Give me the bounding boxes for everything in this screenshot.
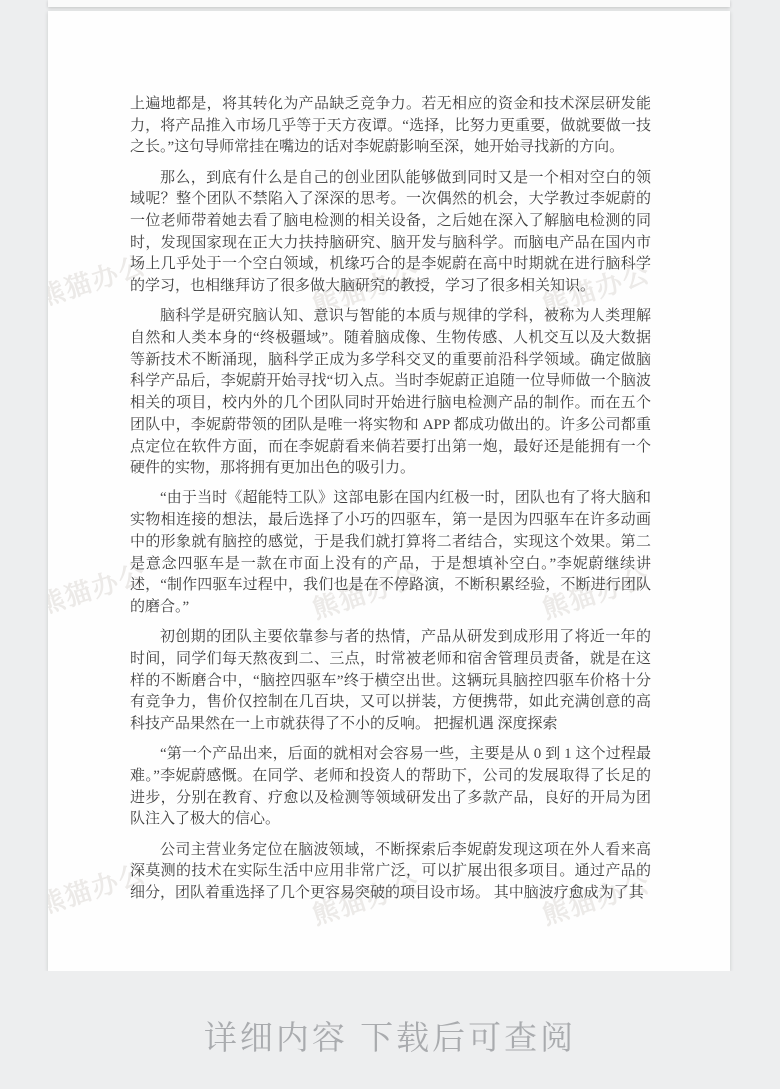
body-paragraph: 那么，到底有什么是自己的创业团队能够做到同时又是一个相对空白的领域呢？整个团队不… [130,168,651,298]
body-paragraph: “由于当时《超能特工队》这部电影在国内红极一时，团队也有了将大脑和实物相连接的想… [130,488,651,618]
previous-page-edge [48,0,730,7]
body-paragraph: 公司主营业务定位在脑波领域，不断探索后李妮蔚发现这项在外人看来高深莫测的技术在实… [130,840,651,905]
download-notice-text: 详细内容 下载后可查阅 [0,1012,780,1059]
body-paragraph: 上遍地都是，将其转化为产品缺乏竞争力。若无相应的资金和技术深层研发能力，将产品推… [130,94,651,159]
body-paragraph: 脑科学是研究脑认知、意识与智能的本质与规律的学科，被称为人类理解自然和人类本身的… [130,306,651,480]
body-paragraph: “第一个产品出来，后面的就相对会容易一些，主要是从 0 到 1 这个过程最难。”… [130,744,651,831]
body-paragraph: 初创期的团队主要依靠参与者的热情，产品从研发到成形用了将近一年的时间，同学们每天… [130,627,651,736]
document-page: 熊猫办公 熊猫办公 熊猫办公 熊猫办公 熊猫办公 熊猫办公 熊猫办公 熊猫办公 … [48,11,730,971]
document-body-text: 上遍地都是，将其转化为产品缺乏竞争力。若无相应的资金和技术深层研发能力，将产品推… [130,94,651,913]
